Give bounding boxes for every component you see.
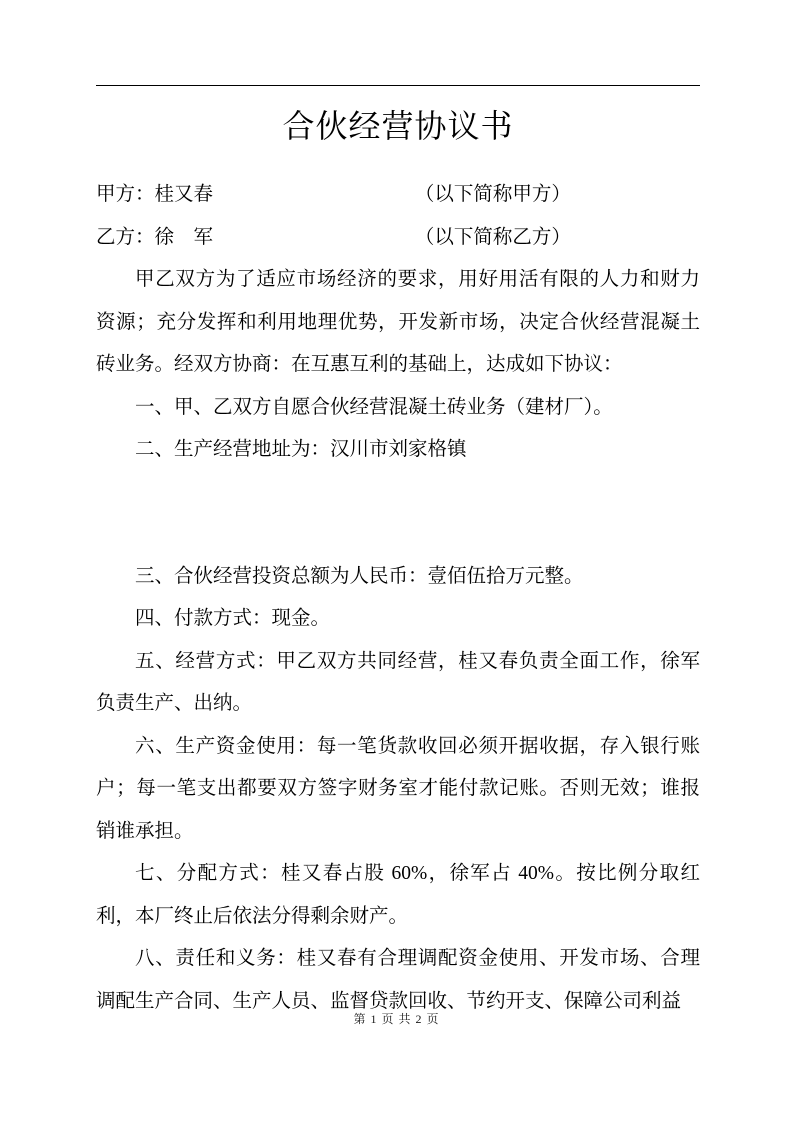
party-b-alias: （以下简称乙方） — [415, 227, 571, 248]
document-page: 合伙经营协议书 甲方：桂又春 （以下简称甲方） 乙方：徐 军 （以下简称乙方） … — [0, 0, 793, 1122]
clause-5: 五、经营方式：甲乙双方共同经营，桂又春负责全面工作，徐军负责生产、出纳。 — [96, 641, 700, 726]
blank-lines-spacer — [96, 472, 700, 556]
clause-7: 七、分配方式：桂又春占股 60%，徐军占 40%。按比例分取红利，本厂终止后依法… — [96, 853, 700, 938]
body-text: 甲乙双方为了适应市场经济的要求，用好用活有限的人力和财力资源；充分发挥和利用地理… — [96, 259, 700, 1023]
party-row-jiafang: 甲方：桂又春 （以下简称甲方） — [96, 174, 700, 217]
party-a-alias: （以下简称甲方） — [415, 184, 571, 205]
party-b-name: 乙方：徐 军 — [96, 217, 410, 260]
party-a-name: 甲方：桂又春 — [96, 174, 410, 217]
page-number-footer: 第 1 页 共 2 页 — [0, 1010, 793, 1027]
parties-block: 甲方：桂又春 （以下简称甲方） 乙方：徐 军 （以下简称乙方） — [96, 174, 700, 259]
clause-2: 二、生产经营地址为：汉川市刘家格镇 — [96, 429, 700, 472]
clause-3: 三、合伙经营投资总额为人民币：壹佰伍拾万元整。 — [96, 556, 700, 599]
intro-paragraph: 甲乙双方为了适应市场经济的要求，用好用活有限的人力和财力资源；充分发挥和利用地理… — [96, 259, 700, 387]
document-content: 合伙经营协议书 甲方：桂又春 （以下简称甲方） 乙方：徐 军 （以下简称乙方） … — [96, 0, 700, 1023]
clause-4: 四、付款方式：现金。 — [96, 598, 700, 641]
clause-6: 六、生产资金使用：每一笔货款收回必须开据收据，存入银行账户；每一笔支出都要双方签… — [96, 726, 700, 854]
document-title: 合伙经营协议书 — [96, 106, 700, 146]
header-rule — [96, 0, 700, 86]
party-row-yifang: 乙方：徐 军 （以下简称乙方） — [96, 217, 700, 260]
clause-1: 一、甲、乙双方自愿合伙经营混凝土砖业务（建材厂）。 — [96, 387, 700, 430]
